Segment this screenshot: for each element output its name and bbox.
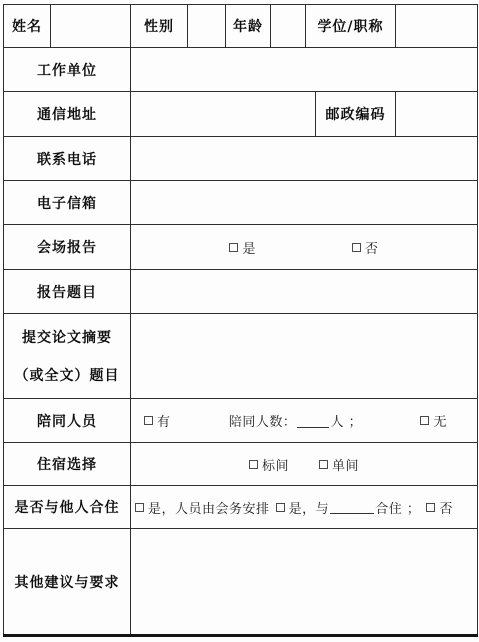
work-unit-label: 工作单位 — [4, 48, 131, 92]
companion-yes-option[interactable]: 有 — [144, 411, 171, 430]
paper-title-value-cell[interactable] — [131, 314, 478, 399]
row-paper-title: 提交论文摘要 （或全文）题目 — [4, 314, 478, 399]
companion-label: 陪同人员 — [4, 399, 131, 443]
accommodation-options-cell: 标间 单间 — [131, 443, 478, 486]
venue-report-no-label: 否 — [365, 238, 379, 257]
single-room-option[interactable]: 单间 — [319, 455, 359, 474]
postal-code-label: 邮政编码 — [316, 92, 396, 137]
room-share-options-cell: 是，人员由会务安排 是，与合住 ； 否 — [131, 486, 478, 529]
standard-room-option[interactable]: 标间 — [249, 455, 289, 474]
gender-value-cell[interactable] — [188, 5, 226, 48]
checkbox-icon — [319, 460, 328, 469]
venue-report-yes-option[interactable]: 是 — [229, 238, 256, 257]
companion-count-field: 陪同人数：人 ； — [229, 411, 362, 430]
report-title-label: 报告题目 — [4, 270, 131, 314]
row-email: 电子信箱 — [4, 181, 478, 225]
name-label: 姓名 — [4, 5, 51, 48]
companion-options-cell: 有 陪同人数：人 ； 无 — [131, 399, 478, 443]
accommodation-label: 住宿选择 — [4, 443, 131, 486]
row-venue-report: 会场报告 是 否 — [4, 225, 478, 270]
share-no-label: 否 — [439, 498, 453, 517]
checkbox-icon — [229, 243, 238, 252]
report-title-value-cell[interactable] — [131, 270, 478, 314]
share-with-prefix: 是，与 — [289, 498, 330, 517]
checkbox-icon — [249, 460, 258, 469]
accommodation-options: 标间 单间 — [131, 455, 477, 474]
age-value-cell[interactable] — [271, 5, 306, 48]
phone-value-cell[interactable] — [131, 137, 478, 181]
checkbox-icon — [135, 503, 144, 512]
share-arranged-option[interactable]: 是，人员由会务安排 — [135, 498, 270, 517]
venue-report-yes-label: 是 — [242, 238, 256, 257]
row-address: 通信地址 邮政编码 — [4, 92, 478, 137]
share-with-suffix: 合住 ； — [375, 498, 420, 517]
address-value-cell[interactable] — [131, 92, 316, 137]
standard-room-label: 标间 — [262, 455, 289, 474]
paper-title-label-line1: 提交论文摘要 — [4, 327, 130, 347]
other-value-cell[interactable] — [131, 529, 478, 636]
checkbox-icon — [352, 243, 361, 252]
email-label: 电子信箱 — [4, 181, 131, 225]
row-companion: 陪同人员 有 陪同人数：人 ； 无 — [4, 399, 478, 443]
checkbox-icon — [420, 416, 429, 425]
name-value-cell[interactable] — [51, 5, 131, 48]
companion-no-label: 无 — [433, 411, 447, 430]
venue-report-no-option[interactable]: 否 — [352, 238, 379, 257]
companion-yes-label: 有 — [157, 411, 171, 430]
share-with-option[interactable]: 是，与合住 ； — [276, 498, 421, 517]
row-identity: 姓名 性别 年龄 学位/职称 — [4, 5, 478, 48]
gender-label: 性别 — [131, 5, 188, 48]
room-share-options: 是，人员由会务安排 是，与合住 ； 否 — [131, 498, 477, 517]
blank-underline[interactable] — [330, 500, 374, 514]
checkbox-icon — [426, 503, 435, 512]
work-unit-value-cell[interactable] — [131, 48, 478, 92]
companion-no-option[interactable]: 无 — [420, 411, 447, 430]
address-label: 通信地址 — [4, 92, 131, 137]
degree-value-cell[interactable] — [396, 5, 478, 48]
blank-underline[interactable] — [297, 414, 329, 428]
venue-report-label: 会场报告 — [4, 225, 131, 270]
row-room-share: 是否与他人合住 是，人员由会务安排 是，与合住 ； 否 — [4, 486, 478, 529]
row-report-title: 报告题目 — [4, 270, 478, 314]
age-label: 年龄 — [226, 5, 271, 48]
row-other: 其他建议与要求 — [4, 529, 478, 636]
row-phone: 联系电话 — [4, 137, 478, 181]
companion-count-suffix: 人 ； — [330, 411, 362, 430]
paper-title-label-lines: 提交论文摘要 （或全文）题目 — [4, 327, 130, 385]
venue-report-options: 是 否 — [131, 238, 477, 257]
checkbox-icon — [144, 416, 153, 425]
paper-title-label-line2: （或全文）题目 — [4, 365, 130, 385]
checkbox-icon — [276, 503, 285, 512]
companion-options: 有 陪同人数：人 ； 无 — [131, 411, 477, 430]
row-work-unit: 工作单位 — [4, 48, 478, 92]
other-label: 其他建议与要求 — [4, 529, 131, 636]
share-arranged-label: 是，人员由会务安排 — [148, 498, 270, 517]
registration-form-page: 姓名 性别 年龄 学位/职称 工作单位 通信地址 邮政编码 联系电话 — [0, 0, 479, 642]
postal-code-value-cell[interactable] — [396, 92, 478, 137]
paper-title-label: 提交论文摘要 （或全文）题目 — [4, 314, 131, 399]
companion-count-prefix: 陪同人数： — [229, 411, 297, 430]
row-accommodation: 住宿选择 标间 单间 — [4, 443, 478, 486]
email-value-cell[interactable] — [131, 181, 478, 225]
room-share-label: 是否与他人合住 — [4, 486, 131, 529]
registration-form-table: 姓名 性别 年龄 学位/职称 工作单位 通信地址 邮政编码 联系电话 — [3, 4, 478, 637]
share-no-option[interactable]: 否 — [426, 498, 453, 517]
single-room-label: 单间 — [332, 455, 359, 474]
degree-label: 学位/职称 — [306, 5, 396, 48]
venue-report-options-cell: 是 否 — [131, 225, 478, 270]
phone-label: 联系电话 — [4, 137, 131, 181]
